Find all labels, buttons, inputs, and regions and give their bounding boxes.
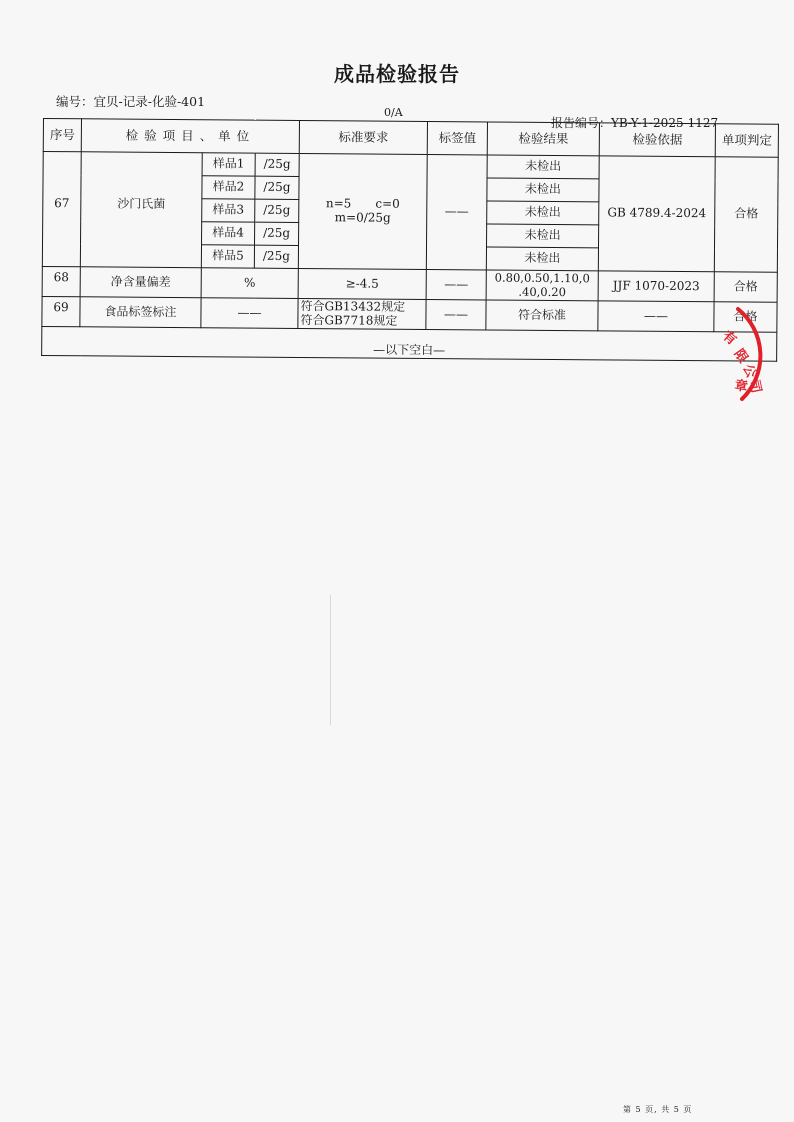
document-number: 编号：宜贝-记录-化验-401 — [56, 92, 205, 110]
row-standard: n=5 c=0 m=0/25g — [298, 154, 427, 270]
svg-text:司: 司 — [746, 379, 764, 395]
sample-name: 样品1 — [202, 153, 255, 176]
sample-unit: /25g — [255, 222, 299, 245]
sample-unit: /25g — [255, 176, 299, 199]
svg-text:章: 章 — [733, 377, 749, 395]
result-line: .40,0.20 — [487, 285, 598, 299]
end-note-row: —以下空白— — [42, 326, 777, 361]
header-seq: 序号 — [43, 119, 81, 152]
row-label-value: —— — [426, 270, 486, 300]
page-number: 第 5 页, 共 5 页 — [623, 1104, 692, 1115]
sample-unit: /25g — [255, 153, 299, 176]
row-basis: GB 4789.4-2024 — [598, 156, 715, 272]
sample-name: 样品4 — [202, 222, 255, 245]
row-result: 0.80,0.50,1.10,0 .40,0.20 — [486, 270, 598, 301]
row-seq: 67 — [42, 152, 81, 267]
sample-result: 未检出 — [486, 247, 598, 271]
row-seq: 68 — [42, 266, 80, 296]
row-unit: % — [201, 268, 298, 299]
sample-unit: /25g — [255, 199, 299, 222]
svg-text:限: 限 — [731, 347, 751, 366]
sample-name: 样品5 — [201, 245, 254, 268]
sample-result: 未检出 — [487, 178, 599, 202]
result-line: 0.80,0.50,1.10,0 — [487, 272, 598, 286]
row-standard: ≥-4.5 — [298, 269, 426, 300]
sample-result: 未检出 — [487, 224, 599, 248]
header-result: 检验结果 — [487, 122, 599, 156]
end-note: —以下空白— — [42, 326, 777, 361]
row-label-value: —— — [426, 300, 486, 330]
sample-unit: /25g — [254, 245, 298, 268]
row-basis: JJF 1070-2023 — [598, 271, 714, 302]
row-basis: —— — [598, 301, 714, 332]
table-row: 67 沙门氏菌 样品1 /25g n=5 c=0 m=0/25g —— 未检出 … — [43, 152, 778, 181]
row-item: 沙门氏菌 — [80, 152, 202, 268]
row-item: 食品标签标注 — [80, 297, 201, 328]
row-unit: —— — [201, 298, 298, 329]
sample-result: 未检出 — [487, 201, 599, 225]
standard-line: m=0/25g — [299, 211, 426, 226]
row-seq: 69 — [42, 296, 80, 326]
svg-text:有: 有 — [719, 328, 739, 349]
page-title: 成品检验报告 — [0, 58, 794, 87]
sample-name: 样品2 — [202, 176, 255, 199]
header-label-value: 标签值 — [427, 122, 487, 155]
row-label-value: —— — [426, 155, 487, 270]
row-result: 符合标准 — [486, 300, 598, 331]
inspection-table-wrapper: 序号 检验项目、单位 标准要求 标签值 检验结果 检验依据 单项判定 67 沙门… — [41, 118, 778, 362]
header-item-unit: 检验项目、单位 — [81, 119, 299, 154]
header-standard: 标准要求 — [299, 121, 427, 155]
inspection-table: 序号 检验项目、单位 标准要求 标签值 检验结果 检验依据 单项判定 67 沙门… — [41, 118, 779, 362]
header-judgement: 单项判定 — [715, 124, 778, 157]
sample-result: 未检出 — [487, 155, 599, 179]
row-standard: 符合GB13432规定 符合GB7718规定 — [298, 299, 426, 330]
header-basis: 检验依据 — [599, 123, 715, 157]
standard-line: 符合GB7718规定 — [300, 314, 425, 329]
sample-name: 样品3 — [202, 199, 255, 222]
scan-artifact-line — [330, 595, 331, 725]
company-seal-stamp: 有 限 公 司 章 — [700, 295, 794, 405]
version-label: 0/A — [384, 106, 403, 119]
row-judgement: 合格 — [714, 157, 778, 272]
row-item: 净含量偏差 — [80, 267, 201, 298]
